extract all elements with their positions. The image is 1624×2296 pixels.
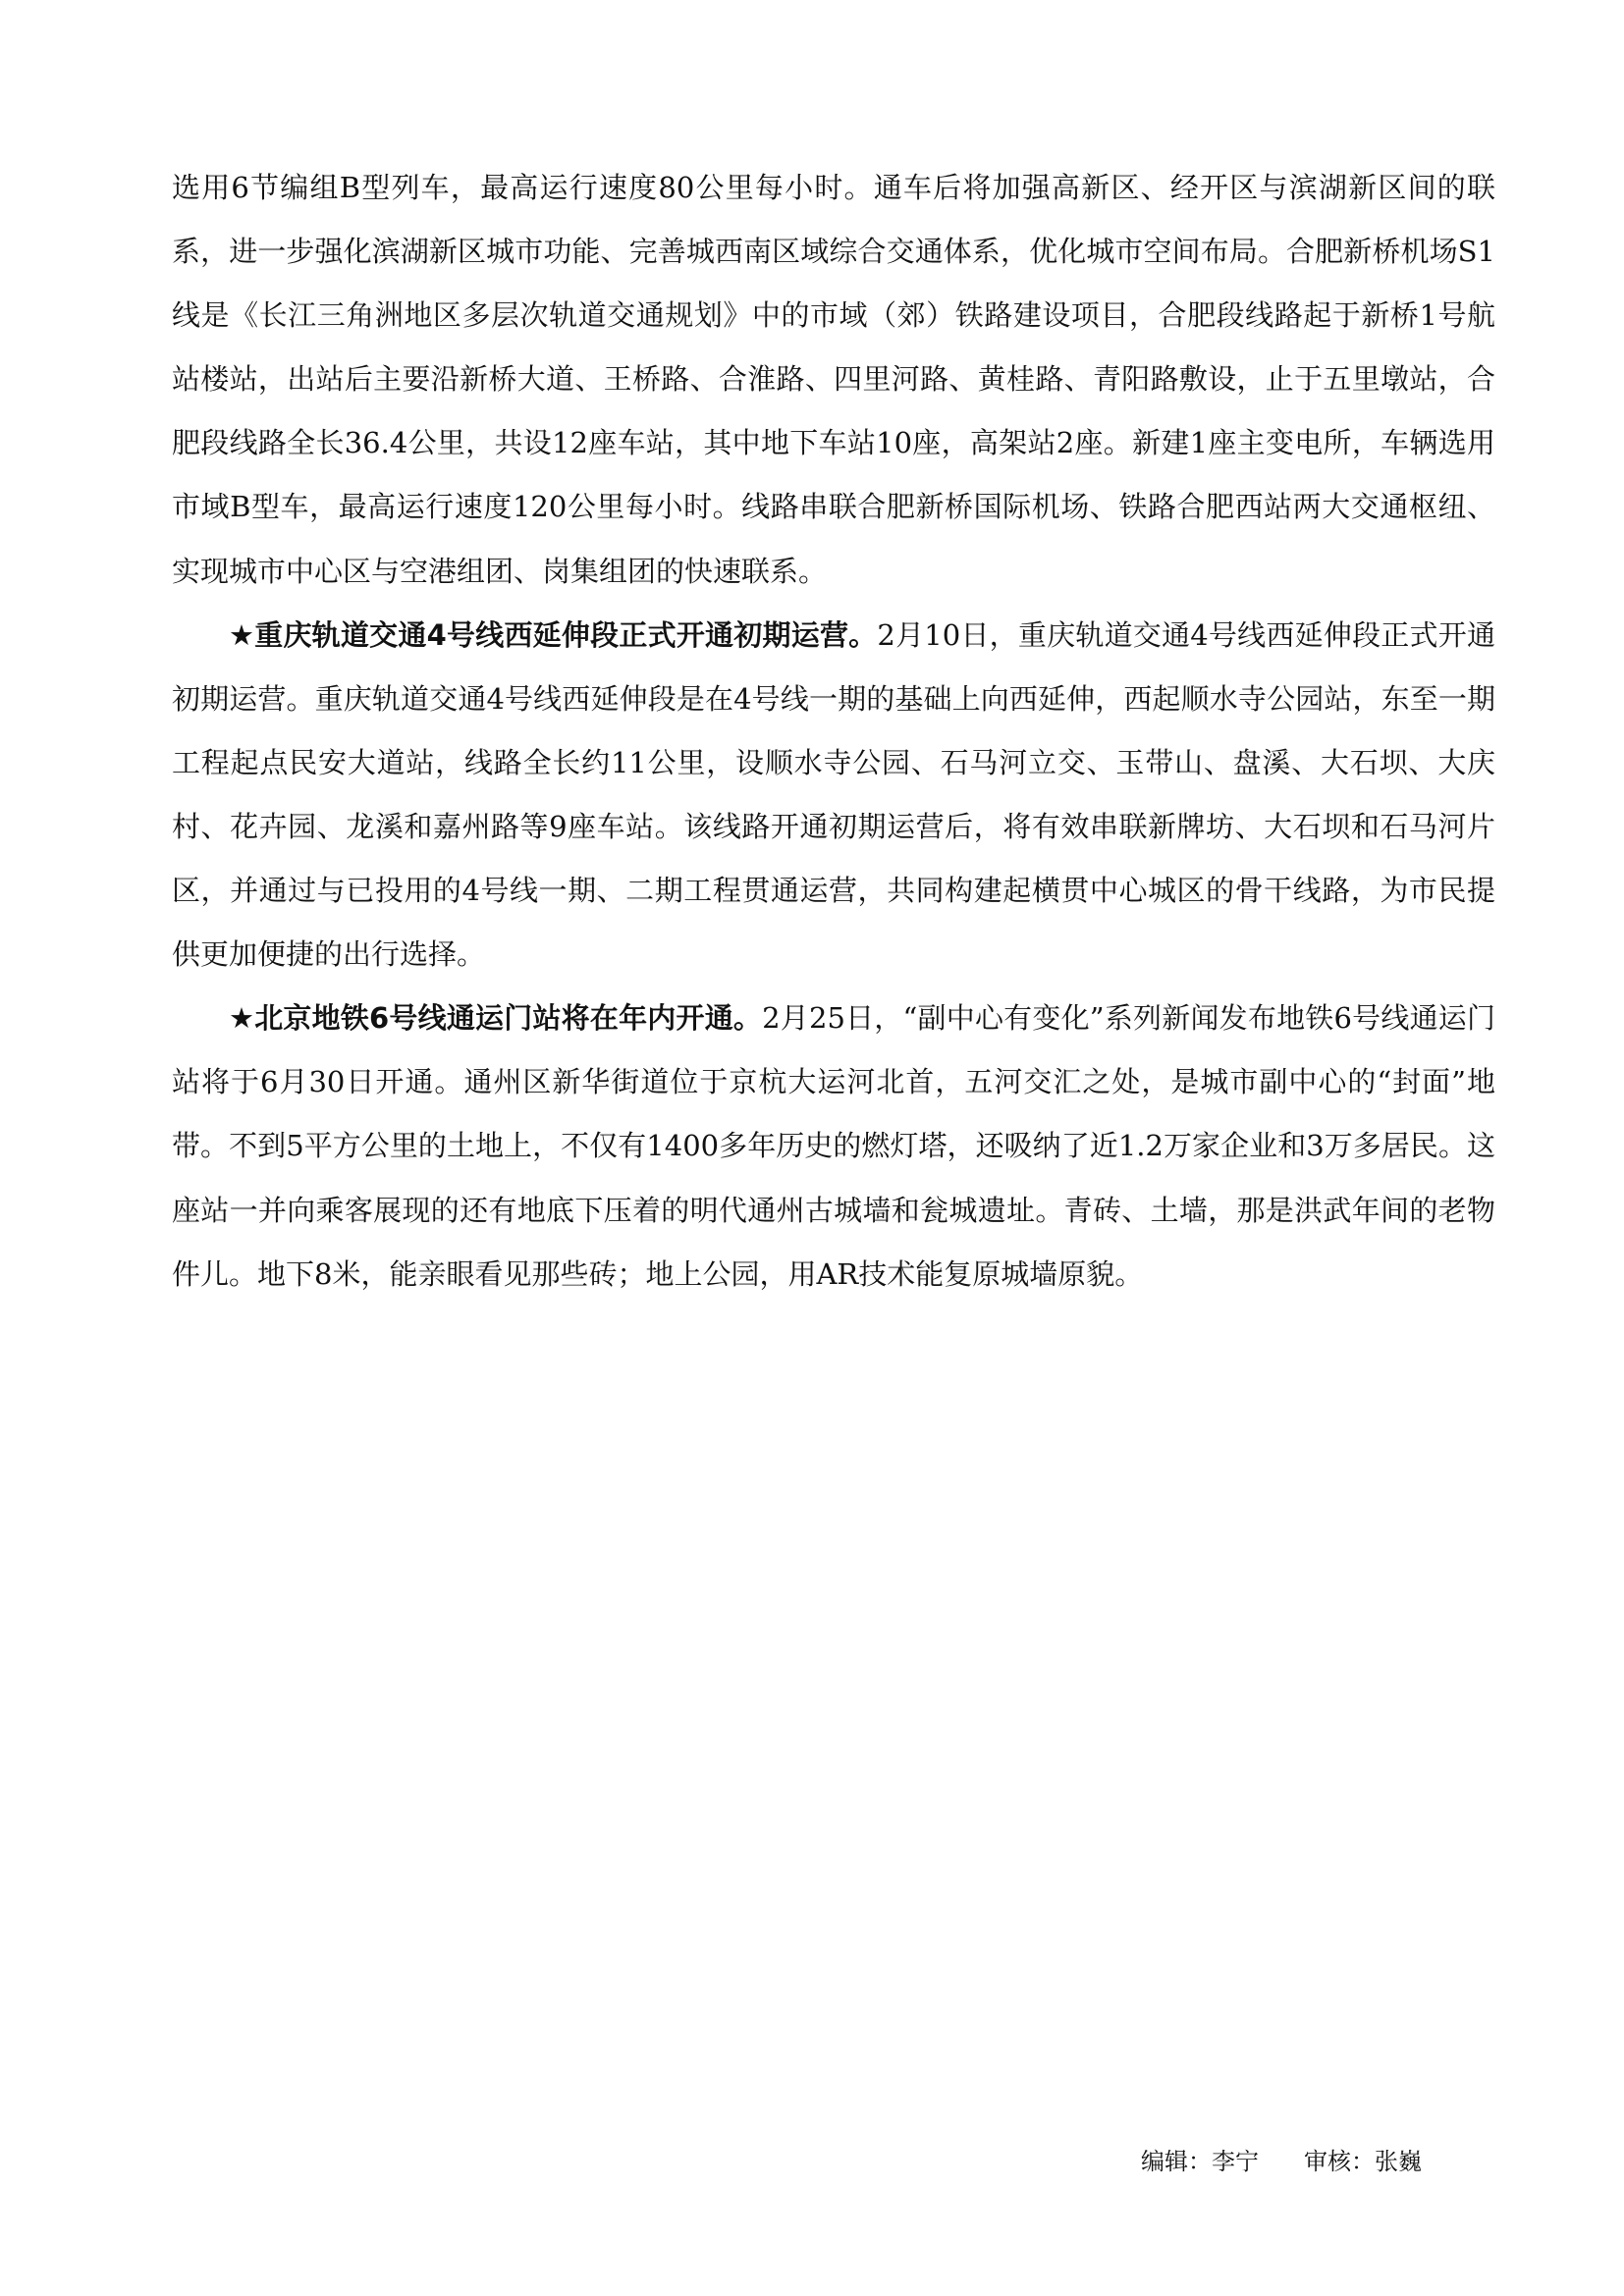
- editor-credits: 编辑：李宁审核：张巍: [1141, 2146, 1422, 2177]
- news-headline: ★重庆轨道交通4号线西延伸段正式开通初期运营。: [229, 618, 877, 652]
- paragraph-body: 2月10日，重庆轨道交通4号线西延伸段正式开通初期运营。重庆轨道交通4号线西延伸…: [172, 618, 1495, 971]
- editor-name: 李宁: [1212, 2148, 1259, 2175]
- news-headline: ★北京地铁6号线通运门站将在年内开通。: [229, 1001, 762, 1035]
- article-body: 选用6节编组B型列车，最高运行速度80公里每小时。通车后将加强高新区、经开区与滨…: [172, 156, 1495, 1307]
- paragraph-body: 选用6节编组B型列车，最高运行速度80公里每小时。通车后将加强高新区、经开区与滨…: [172, 171, 1495, 588]
- paragraph-body: 2月25日，“副中心有变化”系列新闻发布地铁6号线通运门站将于6月30日开通。通…: [172, 1001, 1495, 1290]
- paragraph-beijing-line6: ★北京地铁6号线通运门站将在年内开通。2月25日，“副中心有变化”系列新闻发布地…: [172, 987, 1495, 1306]
- paragraph-chongqing-line4: ★重庆轨道交通4号线西延伸段正式开通初期运营。2月10日，重庆轨道交通4号线西延…: [172, 604, 1495, 988]
- document-page: 选用6节编组B型列车，最高运行速度80公里每小时。通车后将加强高新区、经开区与滨…: [0, 0, 1624, 2296]
- reviewer-name: 张巍: [1375, 2148, 1422, 2175]
- reviewer-label: 审核：: [1304, 2148, 1375, 2175]
- paragraph-hefei-lines: 选用6节编组B型列车，最高运行速度80公里每小时。通车后将加强高新区、经开区与滨…: [172, 156, 1495, 604]
- editor-label: 编辑：: [1141, 2148, 1212, 2175]
